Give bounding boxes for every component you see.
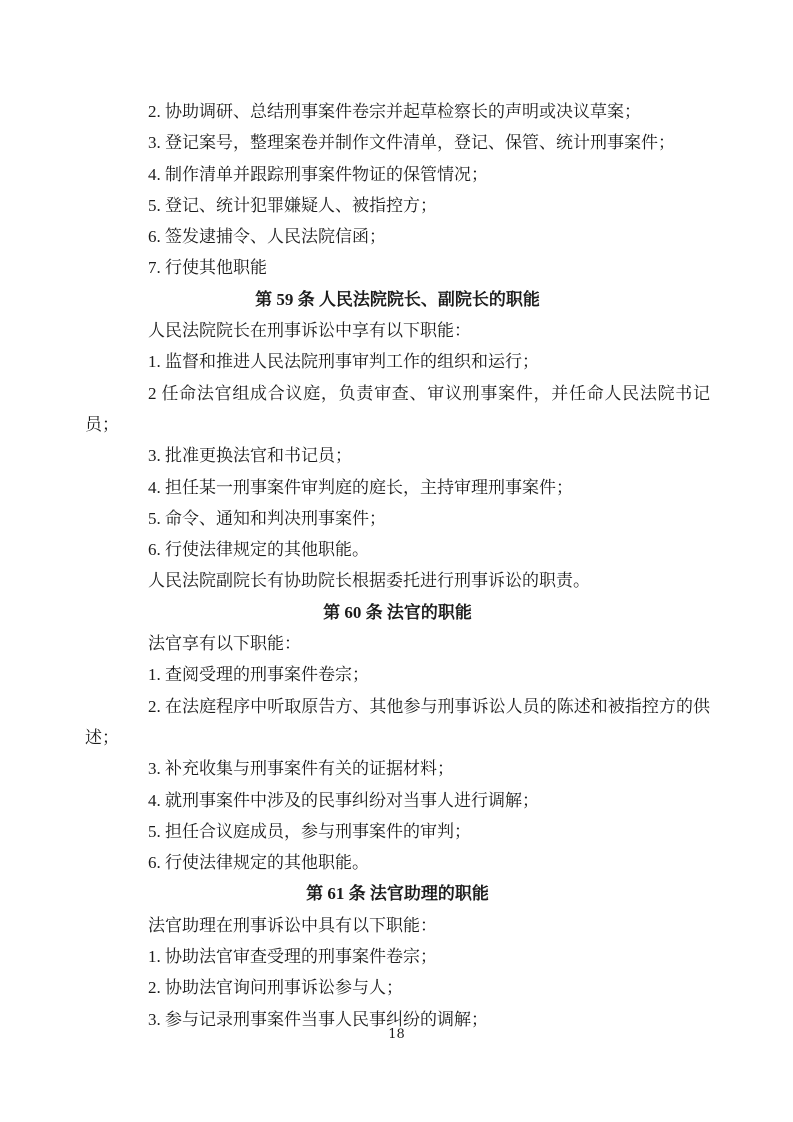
list-item: 2. 在法庭程序中听取原告方、其他参与刑事诉讼人员的陈述和被指控方的供述； <box>85 691 710 754</box>
list-item: 1. 查阅受理的刑事案件卷宗； <box>85 659 710 690</box>
list-item: 2. 协助法官询问刑事诉讼参与人； <box>85 972 710 1003</box>
paragraph: 人民法院副院长有协助院长根据委托进行刑事诉讼的职责。 <box>85 565 710 596</box>
page-number: 18 <box>388 1027 405 1042</box>
list-item: 5. 登记、统计犯罪嫌疑人、被指控方； <box>85 190 710 221</box>
list-item: 6. 签发逮捕令、人民法院信函； <box>85 221 710 252</box>
list-item: 4. 制作清单并跟踪刑事案件物证的保管情况； <box>85 159 710 190</box>
document-page: 2. 协助调研、总结刑事案件卷宗并起草检察长的声明或决议草案；3. 登记案号，整… <box>0 0 793 1122</box>
list-item: 2 任命法官组成合议庭，负责审查、审议刑事案件，并任命人民法院书记员； <box>85 378 710 441</box>
list-item: 4. 担任某一刑事案件审判庭的庭长，主持审理刑事案件； <box>85 472 710 503</box>
list-item: 1. 协助法官审查受理的刑事案件卷宗； <box>85 941 710 972</box>
list-item: 6. 行使法律规定的其他职能。 <box>85 847 710 878</box>
list-item: 3. 批准更换法官和书记员； <box>85 440 710 471</box>
list-item: 5. 担任合议庭成员，参与刑事案件的审判； <box>85 816 710 847</box>
section-heading: 第 59 条 人民法院院长、副院长的职能 <box>85 284 710 315</box>
list-item: 6. 行使法律规定的其他职能。 <box>85 534 710 565</box>
list-item: 3. 补充收集与刑事案件有关的证据材料； <box>85 753 710 784</box>
list-item: 4. 就刑事案件中涉及的民事纠纷对当事人进行调解； <box>85 785 710 816</box>
list-item: 3. 登记案号，整理案卷并制作文件清单，登记、保管、统计刑事案件； <box>85 127 710 158</box>
paragraph: 法官助理在刑事诉讼中具有以下职能： <box>85 910 710 941</box>
section-heading: 第 61 条 法官助理的职能 <box>85 878 710 909</box>
list-item: 7. 行使其他职能 <box>85 252 710 283</box>
document-body: 2. 协助调研、总结刑事案件卷宗并起草检察长的声明或决议草案；3. 登记案号，整… <box>85 96 710 1035</box>
list-item: 2. 协助调研、总结刑事案件卷宗并起草检察长的声明或决议草案； <box>85 96 710 127</box>
paragraph: 人民法院院长在刑事诉讼中享有以下职能： <box>85 315 710 346</box>
section-heading: 第 60 条 法官的职能 <box>85 597 710 628</box>
list-item: 1. 监督和推进人民法院刑事审判工作的组织和运行； <box>85 346 710 377</box>
list-item: 5. 命令、通知和判决刑事案件； <box>85 503 710 534</box>
page-footer: 18 <box>0 1026 793 1044</box>
paragraph: 法官享有以下职能： <box>85 628 710 659</box>
